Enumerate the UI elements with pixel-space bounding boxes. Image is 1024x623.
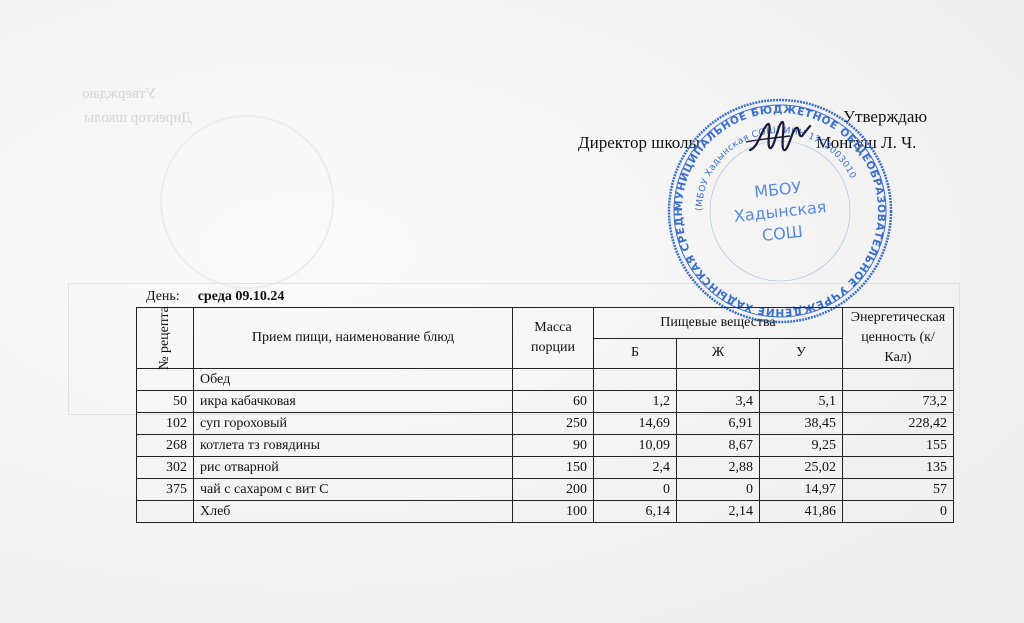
cell-recipe-no: 102: [137, 413, 194, 435]
cell-protein: 6,14: [594, 501, 677, 523]
cell-carbs: 14,97: [760, 479, 843, 501]
cell-protein: 2,4: [594, 457, 677, 479]
cell-dish-name: икра кабачковая: [194, 391, 513, 413]
header-nutrients: Пищевые вещества: [594, 308, 843, 339]
cell-portion-mass: 250: [513, 413, 594, 435]
cell-fat: 0: [677, 479, 760, 501]
cell-energy: 135: [843, 457, 954, 479]
cell-protein: 1,2: [594, 391, 677, 413]
cell-protein: 14,69: [594, 413, 677, 435]
section-row: Обед: [137, 369, 954, 391]
cell-energy: 57: [843, 479, 954, 501]
cell-recipe-no: 375: [137, 479, 194, 501]
cell-fat: 2,14: [677, 501, 760, 523]
ghost-director-bleedthrough: Директор школы: [84, 110, 192, 127]
svg-text:СОШ: СОШ: [761, 222, 804, 245]
section-empty-cell: [594, 369, 677, 391]
svg-text:Хадынская: Хадынская: [733, 197, 827, 226]
cell-energy: 73,2: [843, 391, 954, 413]
cell-energy: 0: [843, 501, 954, 523]
table-row: 102суп гороховый25014,696,9138,45228,42: [137, 413, 954, 435]
cell-dish-name: рис отварной: [194, 457, 513, 479]
header-fat: Ж: [677, 338, 760, 369]
section-empty-cell: [677, 369, 760, 391]
cell-carbs: 5,1: [760, 391, 843, 413]
cell-carbs: 41,86: [760, 501, 843, 523]
header-meal-name: Прием пищи, наименование блюд: [194, 308, 513, 369]
cell-fat: 6,91: [677, 413, 760, 435]
cell-fat: 3,4: [677, 391, 760, 413]
section-recipe-cell: [137, 369, 194, 391]
cell-dish-name: Хлеб: [194, 501, 513, 523]
section-empty-cell: [760, 369, 843, 391]
cell-energy: 228,42: [843, 413, 954, 435]
cell-recipe-no: 50: [137, 391, 194, 413]
cell-dish-name: суп гороховый: [194, 413, 513, 435]
section-title: Обед: [194, 369, 513, 391]
ghost-stamp-bleedthrough: [160, 115, 334, 289]
ghost-approve-bleedthrough: Утверждаю: [82, 86, 156, 103]
table-row: Хлеб1006,142,1441,860: [137, 501, 954, 523]
table-row: 268котлета тз говядины9010,098,679,25155: [137, 435, 954, 457]
cell-portion-mass: 90: [513, 435, 594, 457]
cell-portion-mass: 100: [513, 501, 594, 523]
cell-fat: 8,67: [677, 435, 760, 457]
day-line: День: среда 09.10.24: [146, 289, 284, 305]
header-protein: Б: [594, 338, 677, 369]
cell-dish-name: котлета тз говядины: [194, 435, 513, 457]
table-row: 375чай с сахаром с вит С2000014,9757: [137, 479, 954, 501]
header-recipe-no: № рецепта: [137, 308, 194, 369]
header-carbs: У: [760, 338, 843, 369]
cell-portion-mass: 60: [513, 391, 594, 413]
section-empty-cell: [843, 369, 954, 391]
cell-recipe-no: [137, 501, 194, 523]
cell-protein: 10,09: [594, 435, 677, 457]
section-empty-cell: [513, 369, 594, 391]
cell-carbs: 25,02: [760, 457, 843, 479]
svg-text:МБОУ: МБОУ: [753, 178, 802, 202]
cell-fat: 2,88: [677, 457, 760, 479]
header-portion-mass: Масса порции: [513, 308, 594, 369]
day-label: День:: [146, 289, 180, 305]
cell-recipe-no: 302: [137, 457, 194, 479]
table-row: 302рис отварной1502,42,8825,02135: [137, 457, 954, 479]
menu-table: № рецепта Прием пищи, наименование блюд …: [136, 307, 954, 523]
table-row: 50икра кабачковая601,23,45,173,2: [137, 391, 954, 413]
cell-carbs: 9,25: [760, 435, 843, 457]
director-signature-icon: [744, 118, 814, 158]
day-value: среда 09.10.24: [198, 289, 285, 305]
cell-dish-name: чай с сахаром с вит С: [194, 479, 513, 501]
cell-recipe-no: 268: [137, 435, 194, 457]
header-energy: Энергетическая ценность (к/Кал): [843, 308, 954, 369]
cell-portion-mass: 200: [513, 479, 594, 501]
cell-protein: 0: [594, 479, 677, 501]
cell-carbs: 38,45: [760, 413, 843, 435]
cell-portion-mass: 150: [513, 457, 594, 479]
cell-energy: 155: [843, 435, 954, 457]
